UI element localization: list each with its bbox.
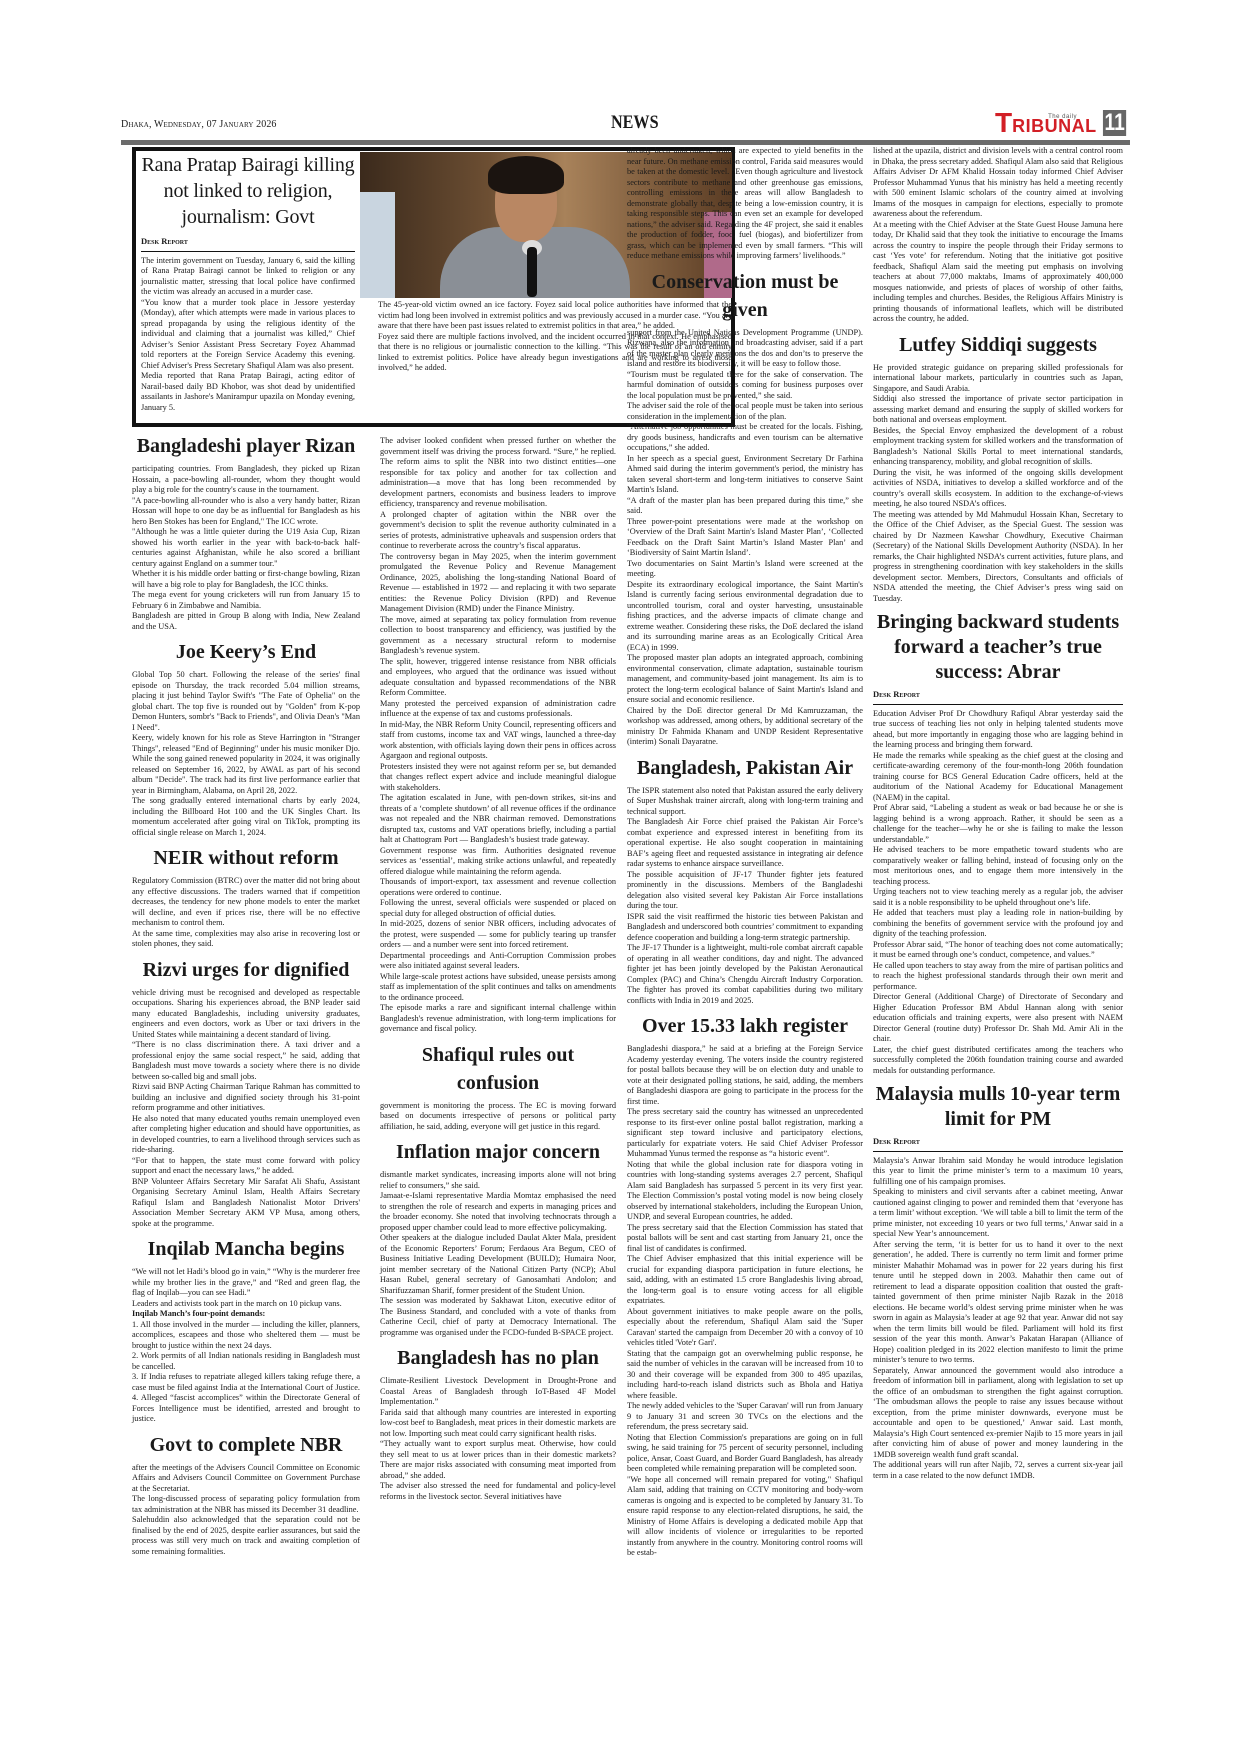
paragraph: He provided strategic guidance on prepar… xyxy=(873,363,1123,395)
headline-register: Over 15.33 lakh register xyxy=(627,1012,863,1040)
paragraph: The press secretary said the country has… xyxy=(627,1107,863,1160)
paragraph: Education Adviser Prof Dr Chowdhury Rafi… xyxy=(873,709,1123,751)
paragraph: Noting that while the global inclusion r… xyxy=(627,1160,863,1223)
paragraph: lished at the upazila, district and divi… xyxy=(873,146,1123,220)
page-number: 11 xyxy=(1103,110,1127,136)
list-item: 3. If India refuses to repatriate allege… xyxy=(132,1372,360,1425)
paragraph: Following the unrest, several officials … xyxy=(380,898,616,919)
paragraph: "A pace-bowling all-rounder who is also … xyxy=(132,496,360,528)
abrar-byline: Desk Report xyxy=(873,689,1123,705)
column-3: already been undertaken, which are expec… xyxy=(627,146,863,1559)
paragraph: Urging teachers not to view teaching mer… xyxy=(873,887,1123,908)
paragraph: Despite its extraordinary ecological imp… xyxy=(627,580,863,654)
paragraph: He added that teachers must play a leadi… xyxy=(873,908,1123,940)
paragraph: The move, aimed at separating tax policy… xyxy=(380,615,616,657)
paragraph: The long-discussed process of separating… xyxy=(132,1494,360,1515)
paragraph: The interim government on Tuesday, Janua… xyxy=(141,256,355,298)
paragraph: The split, however, triggered intense re… xyxy=(380,657,616,699)
paragraph: The agitation escalated in June, with pe… xyxy=(380,793,616,846)
paragraph: The episode marks a rare and significant… xyxy=(380,1003,616,1035)
masthead-rule xyxy=(121,140,1130,145)
photo-bg-figure-left xyxy=(360,192,395,298)
paragraph: Speaking to ministers and civil servants… xyxy=(873,1187,1123,1240)
paragraph: At the same time, complexities may also … xyxy=(132,929,360,950)
paragraph: “Alternative job opportunities must be c… xyxy=(627,422,863,454)
paragraph: The song gradually entered international… xyxy=(132,796,360,838)
paragraph: After serving the term, ‘it is better fo… xyxy=(873,1240,1123,1366)
headline-inqilab: Inqilab Mancha begins xyxy=(132,1235,360,1263)
paragraph: He made the remarks while speaking as th… xyxy=(873,751,1123,804)
headline-rizvi: Rizvi urges for dignified xyxy=(132,956,360,984)
paragraph: “Tourism must be regulated there for the… xyxy=(627,370,863,402)
logo-wordmark: The daily RIBUNAL xyxy=(1012,116,1097,136)
paragraph: support from the United Nations Developm… xyxy=(627,328,863,370)
paragraph: The Chief Adviser emphasized that this i… xyxy=(627,1254,863,1307)
paragraph: The adviser looked confident when presse… xyxy=(380,436,616,510)
headline-keery: Joe Keery’s End xyxy=(132,638,360,666)
paragraph: A prolonged chapter of agitation within … xyxy=(380,510,616,552)
paragraph: Salehuddin also acknowledged that the se… xyxy=(132,1515,360,1557)
paragraph: The Bangladesh Air Force chief praised t… xyxy=(627,817,863,870)
paragraph: Many protested the perceived expansion o… xyxy=(380,699,616,720)
paragraph: The JF-17 Thunder is a lightweight, mult… xyxy=(627,943,863,1006)
paragraph: In mid-2025, dozens of senior NBR office… xyxy=(380,919,616,951)
paragraph: Prof Abrar said, “Labeling a student as … xyxy=(873,803,1123,845)
paragraph: The adviser said the role of the local p… xyxy=(627,401,863,422)
paragraph: BNP Volunteer Affairs Secretary Mir Sara… xyxy=(132,1177,360,1230)
column-2: The adviser looked confident when presse… xyxy=(380,436,616,1502)
paragraph: The controversy began in May 2025, when … xyxy=(380,552,616,615)
paragraph: ISPR said the visit reaffirmed the histo… xyxy=(627,912,863,944)
paragraph: The session was moderated by Sakhawat Li… xyxy=(380,1296,616,1338)
paragraph: after the meetings of the Advisers Counc… xyxy=(132,1463,360,1495)
paragraph: Jamaat-e-Islami representative Mardia Mo… xyxy=(380,1191,616,1233)
paragraph: During the visit, he was informed of the… xyxy=(873,468,1123,510)
paragraph: Global Top 50 chart. Following the relea… xyxy=(132,670,360,733)
headline-nbr: Govt to complete NBR xyxy=(132,1431,360,1459)
column-4: lished at the upazila, district and divi… xyxy=(873,146,1123,1481)
paragraph: "Although he was a little quieter during… xyxy=(132,527,360,569)
paragraph: Professor Abrar said, “The honor of teac… xyxy=(873,940,1123,961)
paragraph: “We will not let Hadi’s blood go in vain… xyxy=(132,1267,360,1299)
paragraph: The adviser also stressed the need for f… xyxy=(380,1481,616,1502)
headline-pakistan: Bangladesh, Pakistan Air xyxy=(627,754,863,782)
headline-noplan: Bangladesh has no plan xyxy=(380,1344,616,1372)
paragraph: “For that to happen, the state must come… xyxy=(132,1156,360,1177)
newspaper-page: Dhaka, Wednesday, 07 January 2026 NEWS T… xyxy=(0,0,1241,1754)
list-item: 2. Work permits of all Indian nationals … xyxy=(132,1351,360,1372)
paragraph: The meeting was attended by Md Mahmudul … xyxy=(873,510,1123,605)
paragraph: Malaysia’s Anwar Ibrahim said Monday he … xyxy=(873,1156,1123,1188)
paragraph: vehicle driving must be recognised and d… xyxy=(132,988,360,1041)
paragraph: Keery, widely known for his role as Stev… xyxy=(132,733,360,796)
paragraph: Regulatory Commission (BTRC) over the ma… xyxy=(132,876,360,929)
paragraph: “They actually want to export surplus me… xyxy=(380,1439,616,1481)
column-1: Bangladeshi player Rizan participating c… xyxy=(132,432,360,1557)
section-title: NEWS xyxy=(611,112,659,134)
paragraph: Chaired by the DoE director general Dr M… xyxy=(627,706,863,748)
paragraph: He also noted that many educated youths … xyxy=(132,1114,360,1156)
paragraph: About government initiatives to make peo… xyxy=(627,1307,863,1349)
paragraph: participating countries. From Bangladesh… xyxy=(132,464,360,496)
headline-abrar: Bringing backward students forward a tea… xyxy=(873,610,1123,685)
feature-left-column: Rana Pratap Bairagi killing not linked t… xyxy=(141,152,355,413)
paragraph: Climate-Resilient Livestock Development … xyxy=(380,1376,616,1408)
paragraph: In mid-May, the NBR Reform Unity Council… xyxy=(380,720,616,762)
logo-small-text: The daily xyxy=(1048,107,1077,127)
paragraph: The newly added vehicles to the 'Super C… xyxy=(627,1401,863,1433)
headline-conservation: Conservation must be given xyxy=(627,268,863,324)
paragraph: Two documentaries on Saint Martin’s Isla… xyxy=(627,559,863,580)
paragraph: The mega event for young cricketers will… xyxy=(132,590,360,611)
paragraph: Leaders and activists took part in the m… xyxy=(132,1299,360,1310)
microphone-handle xyxy=(527,247,537,297)
paragraph: Later, the chief guest distributed certi… xyxy=(873,1045,1123,1077)
paragraph: Three power-point presentations were mad… xyxy=(627,517,863,559)
paragraph: Departmental proceedings and Anti-Corrup… xyxy=(380,951,616,972)
paragraph: government is monitoring the process. Th… xyxy=(380,1101,616,1133)
paragraph: Separately, Anwar announced the governme… xyxy=(873,1366,1123,1461)
paragraph: Stating that the campaign got an overwhe… xyxy=(627,1349,863,1402)
dateline: Dhaka, Wednesday, 07 January 2026 xyxy=(121,119,277,130)
headline-inflation: Inflation major concern xyxy=(380,1138,616,1166)
photo-hair xyxy=(488,156,564,194)
paragraph: Thousands of import-export, tax assessme… xyxy=(380,877,616,898)
paragraph: The possible acquisition of JF-17 Thunde… xyxy=(627,870,863,912)
paragraph: While large-scale protest actions have s… xyxy=(380,972,616,1004)
feature-byline: Desk Report xyxy=(141,236,355,252)
paragraph: Bangladesh are pitted in Group B along w… xyxy=(132,611,360,632)
paragraph: Bangladeshi diaspora,” he said at a brie… xyxy=(627,1044,863,1107)
headline-rizan: Bangladeshi player Rizan xyxy=(132,432,360,460)
paragraph: Government response was firm. Authoritie… xyxy=(380,846,616,878)
paragraph: “You know that a murder took place in Je… xyxy=(141,298,355,372)
malaysia-byline: Desk Report xyxy=(873,1136,1123,1152)
paragraph: The additional years will run after Naji… xyxy=(873,1460,1123,1481)
paragraph: Rizvi said BNP Acting Chairman Tarique R… xyxy=(132,1082,360,1114)
demands-label: Inqilab Manch’s four-point demands: xyxy=(132,1309,265,1318)
paragraph: Whether it is his middle order batting o… xyxy=(132,569,360,590)
paragraph: The ISPR statement also noted that Pakis… xyxy=(627,786,863,818)
paragraph: Other speakers at the dialogue included … xyxy=(380,1233,616,1296)
headline-neir: NEIR without reform xyxy=(132,844,360,872)
feature-headline: Rana Pratap Bairagi killing not linked t… xyxy=(141,152,355,230)
paragraph: The proposed master plan adopts an integ… xyxy=(627,653,863,706)
paragraph: “There is no class discrimination there.… xyxy=(132,1040,360,1082)
paragraph: He advised teachers to be more empatheti… xyxy=(873,845,1123,887)
tribunal-logo: T The daily RIBUNAL 11 xyxy=(995,108,1129,136)
headline-malaysia: Malaysia mulls 10-year term limit for PM xyxy=(873,1082,1123,1132)
paragraph: Director General (Additional Charge) of … xyxy=(873,992,1123,1045)
paragraph: In her speech as a special guest, Enviro… xyxy=(627,454,863,496)
masthead: Dhaka, Wednesday, 07 January 2026 NEWS T… xyxy=(121,108,1129,138)
paragraph: Siddiqi also stressed the importance of … xyxy=(873,394,1123,426)
list-item: 1. All those involved in the murder — in… xyxy=(132,1320,360,1352)
paragraph: Farida said that although many countries… xyxy=(380,1408,616,1440)
paragraph: dismantle market syndicates, increasing … xyxy=(380,1170,616,1191)
paragraph: Besides, the Special Envoy emphasized th… xyxy=(873,426,1123,468)
paragraph: At a meeting with the Chief Adviser at t… xyxy=(873,220,1123,325)
headline-shafiqul: Shafiqul rules out confusion xyxy=(380,1041,616,1097)
paragraph: already been undertaken, which are expec… xyxy=(627,146,863,262)
paragraph: "We hope all concerned will remain prepa… xyxy=(627,1475,863,1559)
logo-letter-t: T xyxy=(995,110,1012,136)
paragraph: The press secretary said that the Electi… xyxy=(627,1223,863,1255)
paragraph: He called upon teachers to stay away fro… xyxy=(873,961,1123,993)
paragraph: Noting that Election Commission's prepar… xyxy=(627,1433,863,1475)
headline-lutfey: Lutfey Siddiqi suggests xyxy=(873,331,1123,359)
paragraph: Protesters insisted they were not agains… xyxy=(380,762,616,794)
paragraph: Media reported that Rana Pratap Bairagi,… xyxy=(141,371,355,413)
paragraph: “A draft of the master plan has been pre… xyxy=(627,496,863,517)
